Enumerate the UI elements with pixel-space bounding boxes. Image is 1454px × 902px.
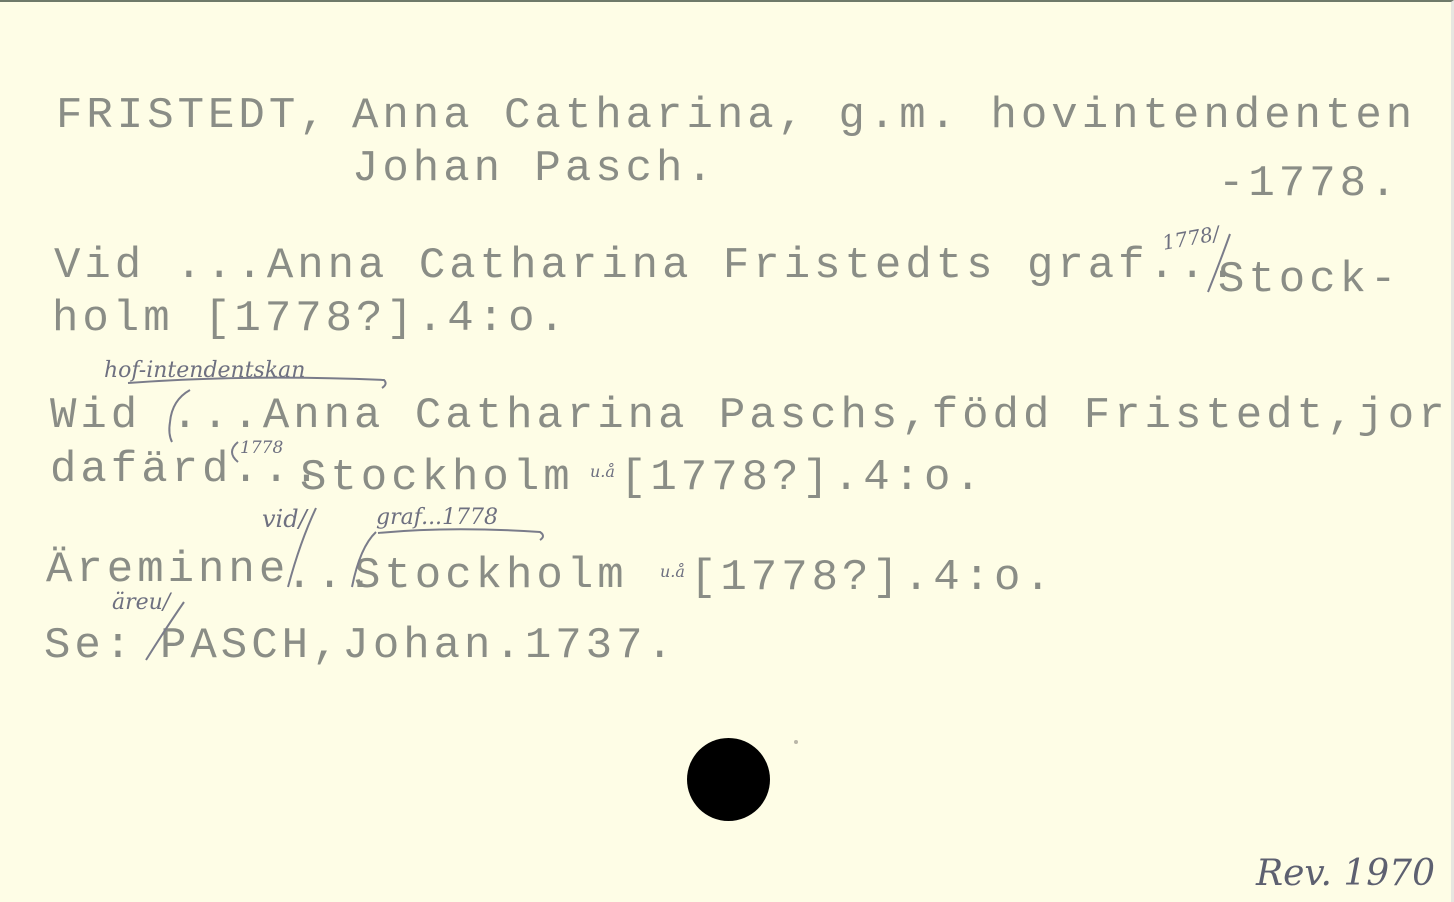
heading-surname: FRISTEDT,	[56, 94, 330, 138]
entry-3-suffix: u.å	[660, 564, 685, 580]
entry-4-annotation: äreu/	[112, 592, 170, 614]
entry-3-annotation-left: vid/	[262, 507, 307, 531]
entry-2-suffix: u.å	[590, 464, 615, 480]
heading-death-year: -1778.	[1218, 162, 1400, 206]
entry-2-line-2-tail: [1778?].4:o.	[620, 456, 985, 500]
heading-given-names: Anna Catharina, g.m. hovintendenten	[352, 94, 1416, 138]
entry-1-line-1-end: Stock-	[1218, 258, 1400, 302]
entry-2-annotation-above: hof-intendentskan	[104, 360, 305, 382]
entry-2-line-1: Wid ...Anna Catharina Paschs,född Friste…	[50, 394, 1454, 438]
punch-hole	[687, 738, 770, 821]
entry-4-see-reference: PASCH,Johan.1737.	[160, 624, 677, 668]
entry-2-line-2-end: Stockholm	[300, 456, 574, 500]
entry-3-line-1-start: Äreminne	[46, 548, 289, 592]
entry-3-line-1-tail: [1778?].4:o.	[690, 556, 1055, 600]
entry-2-annotation-inline: 1778	[240, 440, 283, 457]
revision-note: Rev. 1970	[1256, 856, 1435, 892]
catalog-card: FRISTEDT, Anna Catharina, g.m. hovintend…	[0, 0, 1454, 902]
entry-1-line-1: Vid ...Anna Catharina Fristedts graf...	[54, 244, 1240, 288]
entry-4-see-label: Se:	[44, 624, 135, 668]
entry-3-annotation-right: graf...1778	[376, 507, 498, 529]
entry-3-line-1-end: Stockholm	[354, 554, 628, 598]
heading-spouse: Johan Pasch.	[352, 147, 717, 191]
entry-1-line-2: holm [1778?].4:o.	[52, 297, 569, 341]
